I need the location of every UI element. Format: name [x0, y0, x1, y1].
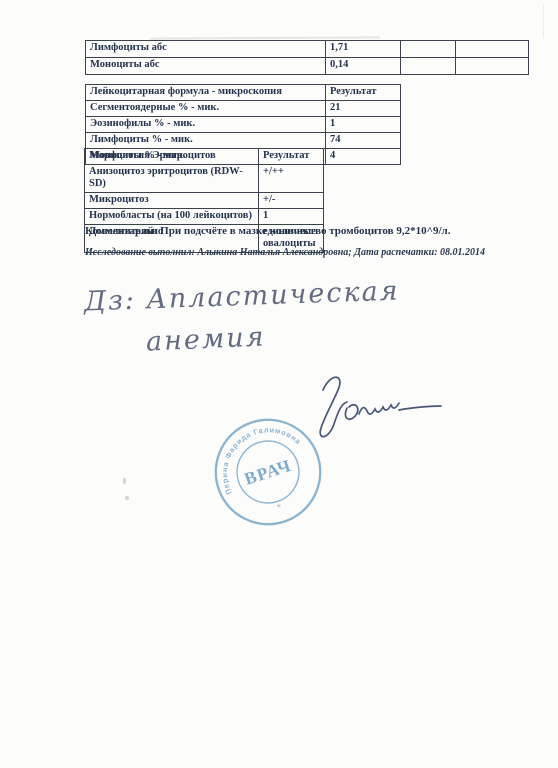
column-header-result: Результат [326, 85, 401, 101]
handwritten-diagnosis-line1: Дз: Апластическая [84, 276, 400, 318]
table-row: Эозинофилы % - мик.1 [86, 117, 401, 133]
table-row: Лимфоциты % - мик.74 [86, 133, 401, 149]
table-row: Сегментоядерные % - мик.21 [86, 101, 401, 117]
comment-line: Комментарий: При подсчёте в мазке количе… [85, 225, 515, 238]
table-header-row: Лейкоцитарная формула - микроскопия Резу… [86, 85, 401, 101]
cell-name: Лимфоциты % - мик. [86, 133, 326, 149]
comment-text: При подсчёте в мазке количество тромбоци… [157, 225, 450, 237]
cell-name: Эозинофилы % - мик. [86, 117, 326, 133]
cell-empty [401, 58, 456, 75]
cell-result: +/++ [259, 165, 324, 193]
handwritten-diagnosis-line2: анемия [145, 321, 266, 357]
column-header-result: Результат [259, 149, 324, 165]
cell-result: 74 [326, 133, 401, 149]
cell-result: 21 [326, 101, 401, 117]
cell-result: 1 [326, 117, 401, 133]
comment-label: Комментарий: [85, 225, 157, 237]
cell-name: Моноциты абс [86, 58, 326, 75]
cell-empty [401, 41, 456, 58]
table-row: Моноциты абс0,14 [86, 58, 529, 75]
cell-empty [456, 41, 529, 58]
table-row: Нормобласты (на 100 лейкоцитов)1 [85, 209, 324, 225]
cell-result: 1 [259, 209, 324, 225]
cell-result: 4 [326, 149, 401, 165]
table-row: Микроцитоз+/- [85, 193, 324, 209]
column-header-name: Морфология Эритроцитов [85, 149, 259, 165]
cell-name: Сегментоядерные % - мик. [86, 101, 326, 117]
doctor-signature [295, 366, 445, 441]
cell-name: Анизоцитоз эритроцитов (RDW-SD) [85, 165, 259, 193]
cell-value: 0,14 [326, 58, 401, 75]
scanned-lab-report-page: Лимфоциты абс1,71Моноциты абс0,14 Лейкоц… [0, 0, 558, 768]
absolute-counts-table: Лимфоциты абс1,71Моноциты абс0,14 [85, 40, 529, 75]
table-row: Лимфоциты абс1,71 [86, 41, 529, 58]
scan-speck [125, 496, 129, 500]
cell-result: +/- [259, 193, 324, 209]
cell-name: Лимфоциты абс [86, 41, 326, 58]
table-row: Анизоцитоз эритроцитов (RDW-SD)+/++ [85, 165, 324, 193]
table-header-row: Морфология Эритроцитов Результат [85, 149, 324, 165]
column-header-name: Лейкоцитарная формула - микроскопия [86, 85, 326, 101]
cell-empty [456, 58, 529, 75]
cell-name: Нормобласты (на 100 лейкоцитов) [85, 209, 259, 225]
scan-edge-artifact [543, 4, 544, 38]
stamp-center-text: ВРАЧ [242, 455, 294, 489]
stamp-bottom-mark: * [276, 501, 283, 512]
scan-speck [123, 478, 126, 484]
cell-name: Микроцитоз [85, 193, 259, 209]
performed-by-line: Исследование выполнил: Алыкина Наталья А… [85, 247, 525, 259]
cell-value: 1,71 [326, 41, 401, 58]
